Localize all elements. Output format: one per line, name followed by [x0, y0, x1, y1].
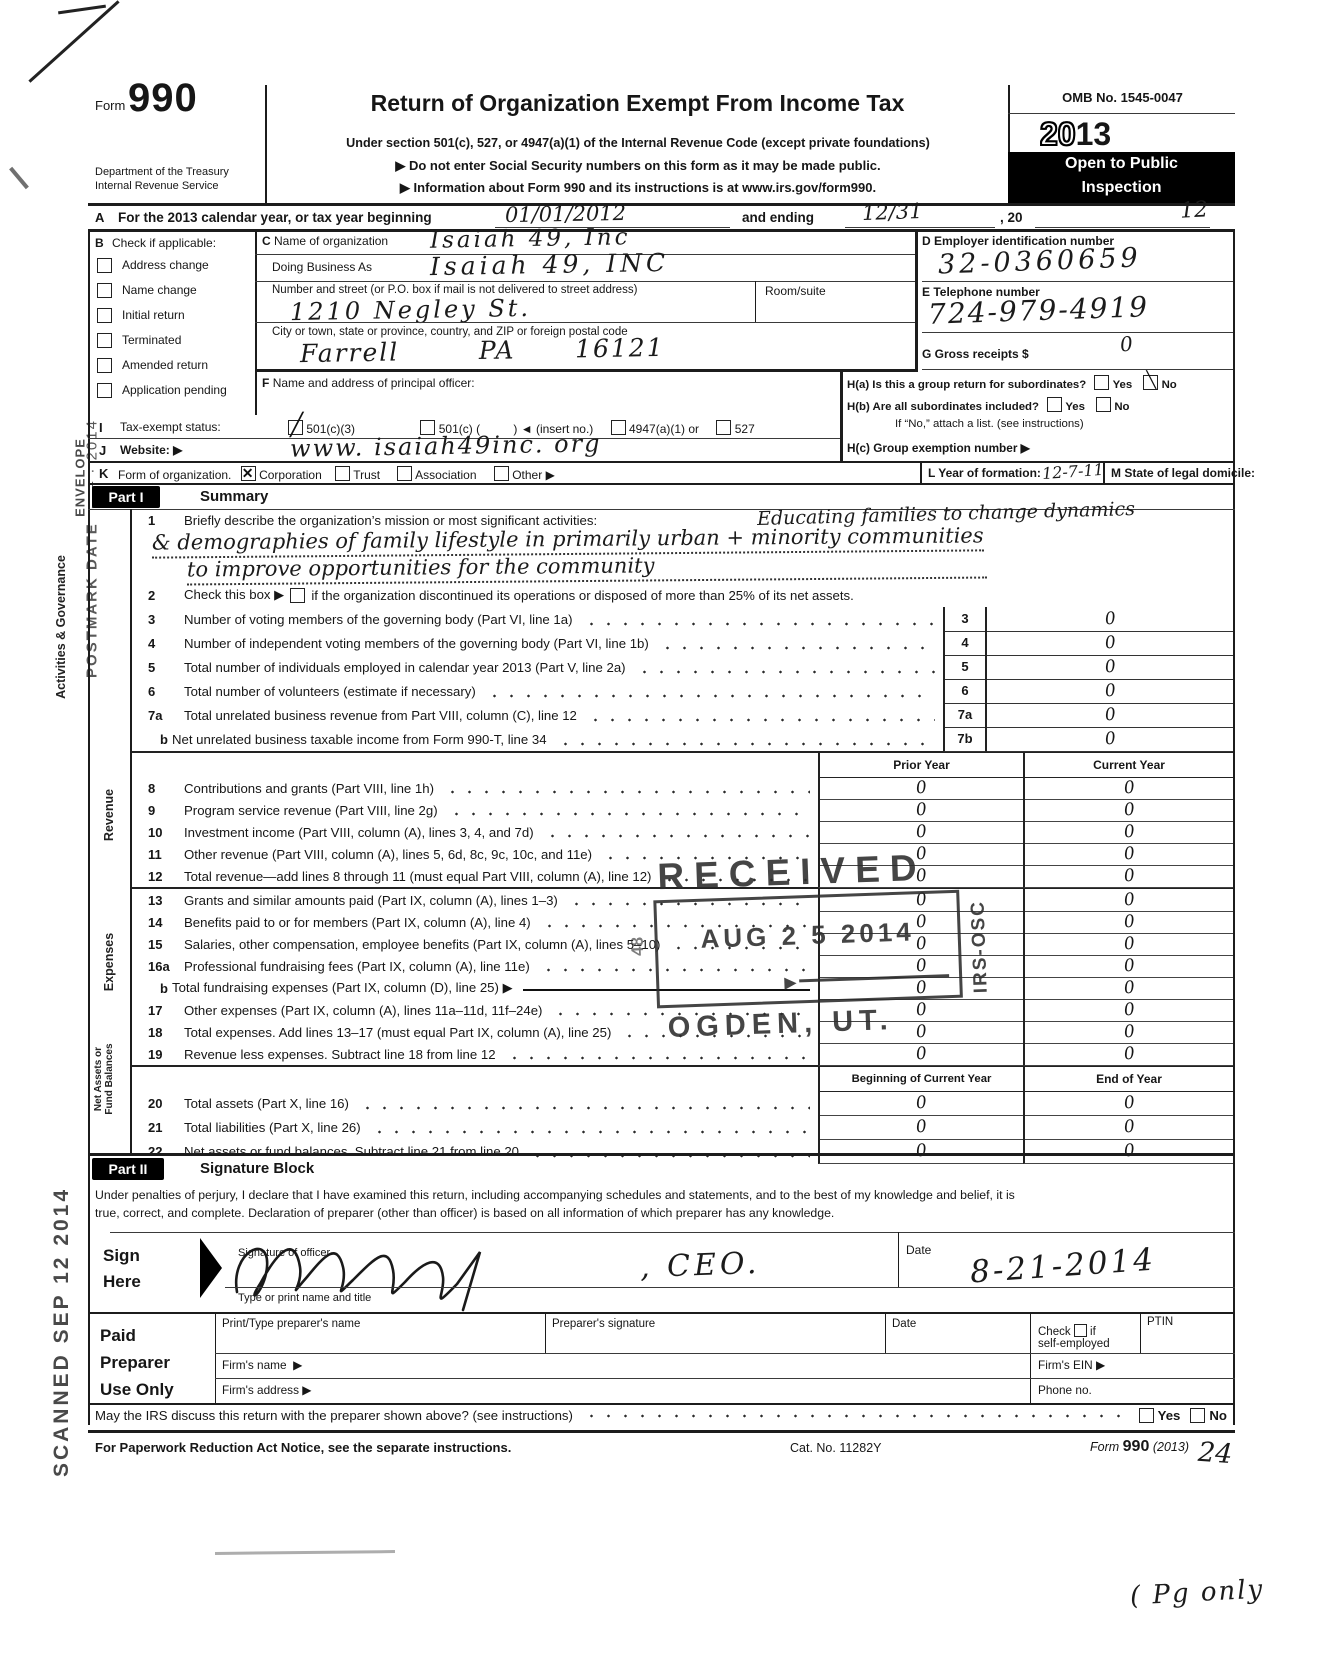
line1-text: Briefly describe the organization’s miss…: [184, 513, 597, 528]
leader-dots: [359, 1106, 810, 1110]
checkbox-icon: [97, 308, 112, 323]
row-number: 12: [132, 869, 184, 884]
row-value-cell: 0: [987, 631, 1233, 656]
row-number: 19: [132, 1047, 184, 1062]
527-label: 527: [735, 422, 755, 436]
if-word: if: [1090, 1326, 1096, 1338]
current-cell: 0: [1023, 799, 1233, 822]
row-number: b: [132, 732, 172, 747]
discontinued-line: 2 Check this box ▶ if the organization d…: [132, 583, 1233, 607]
street-room-divider: [755, 281, 756, 322]
row-number: 21: [132, 1120, 184, 1135]
l-m-divider: [1103, 461, 1105, 483]
received-stamp-arrow: [799, 974, 949, 982]
page-title: Return of Organization Exempt From Incom…: [270, 90, 1005, 117]
row-line-box: 7b: [943, 727, 987, 752]
4947a1-checkbox: [611, 420, 626, 435]
received-stamp-box: AUG 2 5 2014 ▶: [653, 890, 963, 1009]
preparer-row1-rule: [215, 1353, 1235, 1354]
checkbox-icon: [97, 283, 112, 298]
preparer-col4: [1030, 1312, 1031, 1403]
net-row-20: 20 Total assets (Part X, line 16) 0 0: [132, 1091, 1233, 1115]
end-cell: 0: [1023, 1091, 1233, 1116]
part2-tab: Part II: [92, 1158, 164, 1180]
side-label-expenses: Expenses: [102, 897, 116, 1027]
prep-sig-label: Preparer's signature: [552, 1318, 655, 1330]
year-2013: 2013: [1040, 116, 1111, 153]
line-k-letter: K: [99, 466, 108, 481]
line-a-ending-label: and ending: [742, 210, 814, 225]
row-value-cell: 0: [987, 607, 1233, 632]
received-stamp-num: 48: [628, 937, 649, 957]
end-value: 0: [1122, 1092, 1135, 1113]
current-cell: 0: [1023, 821, 1233, 844]
row-label: Program service revenue (Part VIII, line…: [184, 803, 438, 818]
row-label: Total number of volunteers (estimate if …: [184, 684, 476, 699]
current-value: 0: [1122, 865, 1135, 886]
scan-edge-mark: [58, 5, 106, 15]
row-number: 22: [132, 1144, 184, 1159]
beginning-cell: 0: [818, 1091, 1023, 1116]
row-value: 0: [1103, 704, 1116, 725]
part2-title: Signature Block: [200, 1160, 314, 1177]
row-line-box: 3: [943, 607, 987, 632]
row-label: Total number of individuals employed in …: [184, 660, 626, 675]
envelope-stamp: ENVELOPE: [73, 418, 88, 538]
gross-receipts-label: G Gross receipts $: [922, 347, 1029, 361]
leader-dots: [587, 718, 935, 722]
row-label: Grants and similar amounts paid (Part IX…: [184, 893, 558, 908]
row-number: 7a: [132, 708, 184, 723]
row-line-box: 4: [943, 631, 987, 656]
side-label-revenue: Revenue: [102, 755, 116, 875]
preparer-col3: [885, 1312, 886, 1353]
tax-exempt-label: Tax-exempt status:: [120, 420, 221, 434]
scan-edge-mark2: [9, 167, 29, 189]
row-number: 16a: [132, 959, 184, 974]
hb-yes-checkbox: [1047, 397, 1062, 412]
open-to-public-line1: Open to Public: [1008, 152, 1235, 176]
current-cell: 0: [1023, 933, 1233, 956]
label-amended-return: Amended return: [122, 358, 208, 372]
prior-cell: 0: [818, 821, 1023, 844]
mission-line: 1 Briefly describe the organization’s mi…: [132, 509, 1233, 583]
box-d-letter: D: [922, 234, 931, 248]
preparer-word: Preparer: [100, 1349, 174, 1376]
hb-note: If “No,” attach a list. (see instruction…: [895, 418, 1084, 430]
line-a-twenty: , 20: [1000, 210, 1023, 225]
row-value: 0: [1103, 608, 1116, 629]
self-employed-checkbox: [1074, 1324, 1087, 1337]
principal-officer-text: Name and address of principal officer:: [273, 376, 475, 390]
discuss-no-checkbox: [1190, 1408, 1205, 1423]
row-label: Other revenue (Part VIII, column (A), li…: [184, 847, 592, 862]
revenue-row-9: 9 Program service revenue (Part VIII, li…: [132, 799, 1233, 821]
row-line-box: 6: [943, 679, 987, 704]
received-stamp-date: AUG 2 5 2014: [657, 915, 958, 956]
row-line-box: 7a: [943, 703, 987, 728]
summary-row-7a: 7a Total unrelated business revenue from…: [132, 703, 1233, 727]
trust-label: Trust: [353, 468, 380, 482]
leader-dots: [636, 670, 935, 674]
omb-divider: [1008, 113, 1235, 114]
prior-cell: 0: [818, 799, 1023, 822]
checkbox-icon: [97, 358, 112, 373]
row-number: 5: [132, 660, 184, 675]
title-bullet1: ▶ Do not enter Social Security numbers o…: [268, 158, 1008, 174]
sign-block-bottom: [88, 1312, 1235, 1314]
prior-year-header: Prior Year: [818, 753, 1023, 778]
officer-title-hw: , CEO.: [639, 1246, 760, 1285]
row-number: 9: [132, 803, 184, 818]
sign-date-value: 8-21-2014: [969, 1242, 1157, 1291]
row-number: 4: [132, 636, 184, 651]
current-cell: 0: [1023, 1021, 1233, 1044]
row-label: Net unrelated business taxable income fr…: [172, 732, 547, 747]
part2-top-rule: [88, 1153, 1235, 1156]
dept-line2: Internal Revenue Service: [95, 180, 219, 192]
discuss-row: May the IRS discuss this return with the…: [95, 1408, 1235, 1423]
ha-no-label: No: [1162, 379, 1177, 391]
form-number: 990: [128, 76, 198, 121]
dept-line1: Department of the Treasury: [95, 166, 229, 178]
current-cell: 0: [1023, 1043, 1233, 1066]
org-form-row: Form of organization. Corporation Trust …: [118, 466, 555, 482]
c-rule3: [255, 322, 915, 323]
row-value-cell: 0: [987, 655, 1233, 680]
year-13: 13: [1076, 116, 1112, 152]
current-value: 0: [1122, 799, 1135, 820]
scanned-stamp: SCANNED SEP 12 2014: [50, 1152, 74, 1512]
c-rule4: [255, 369, 918, 372]
prior-value: 0: [915, 1043, 928, 1064]
sign-arrow-icon: [200, 1238, 222, 1298]
current-value: 0: [1122, 977, 1135, 998]
form-word-footer: Form: [1090, 1440, 1119, 1454]
summary-row-4: 4 Number of independent voting members o…: [132, 631, 1233, 655]
perjury-text-2: true, correct, and complete. Declaration…: [95, 1206, 1230, 1220]
beginning-value: 0: [915, 1140, 928, 1161]
city-value: Farrell PA 16121: [300, 333, 665, 368]
checkbox-address-change: [97, 258, 112, 276]
revenue-row-10: 10 Investment income (Part VIII, column …: [132, 821, 1233, 843]
discuss-yes-checkbox: [1139, 1408, 1154, 1423]
row-label: Total assets (Part X, line 16): [184, 1096, 349, 1111]
end-value: 0: [1122, 1140, 1135, 1161]
beginning-cell: 0: [818, 1115, 1023, 1140]
beginning-value: 0: [915, 1092, 928, 1113]
label-address-change: Address change: [122, 258, 209, 272]
part1-title: Summary: [200, 488, 268, 505]
end-year-header: End of Year: [1023, 1067, 1233, 1092]
current-value: 0: [1122, 933, 1135, 954]
row-value-cell: 0: [987, 679, 1233, 704]
hb-no-label: No: [1114, 401, 1129, 413]
legal-domicile-label: M State of legal domicile:: [1111, 466, 1255, 480]
open-to-public-line2: Inspection: [1008, 176, 1235, 200]
firm-name-label: Firm's name ▶: [222, 1358, 302, 1372]
row-value: 0: [1103, 728, 1116, 749]
omb-number: OMB No. 1545-0047: [1010, 90, 1235, 105]
footer-double-rule-1: [88, 1430, 1235, 1433]
paid-preparer-label: Paid Preparer Use Only: [100, 1322, 174, 1403]
row-label: Net assets or fund balances. Subtract li…: [184, 1144, 519, 1159]
leader-dots: [557, 742, 935, 746]
hb-text: H(b) Are all subordinates included?: [847, 401, 1039, 413]
box-b-letter: B: [95, 236, 104, 250]
beginning-cell: 0: [818, 1139, 1023, 1164]
leader-dots: [486, 694, 935, 698]
end-cell: 0: [1023, 1115, 1233, 1140]
prior-value: 0: [915, 799, 928, 820]
ha-line: H(a) Is this a group return for subordin…: [847, 375, 1177, 391]
summary-row-3: 3 Number of voting members of the govern…: [132, 607, 1233, 631]
hb-line: H(b) Are all subordinates included? Yes …: [847, 397, 1130, 413]
row-label: Contributions and grants (Part VIII, lin…: [184, 781, 434, 796]
label-initial-return: Initial return: [122, 308, 185, 322]
scanned-form-990-page: POSTMARK DATE · — · 2014 ENVELOPE SCANNE…: [0, 0, 1320, 1657]
signature-of-officer-label: Signature of officer: [238, 1247, 330, 1259]
hb-no-checkbox: [1096, 397, 1111, 412]
street-label: Number and street (or P.O. box if mail i…: [272, 284, 637, 296]
row-number: 3: [132, 612, 184, 627]
checkbox-initial-return: [97, 308, 112, 326]
trust-checkbox: [335, 466, 350, 481]
summary-row-7b: b Net unrelated business taxable income …: [132, 727, 1233, 751]
row-label: Number of independent voting members of …: [184, 636, 649, 651]
line-a-year-value: 12: [1179, 197, 1208, 223]
current-cell: 0: [1023, 977, 1233, 1000]
current-cell: 0: [1023, 889, 1233, 912]
checkbox-name-change: [97, 283, 112, 301]
principal-officer-label: F Name and address of principal officer:: [262, 376, 475, 390]
4947a1-label: 4947(a)(1) or: [629, 422, 699, 436]
line-i-letter: I: [99, 420, 103, 435]
sign-word: Sign: [103, 1243, 141, 1269]
sig-date-divider: [898, 1232, 899, 1287]
preparer-col5: [1140, 1312, 1141, 1353]
net-row-21: 21 Total liabilities (Part X, line 26) 0…: [132, 1115, 1233, 1139]
year-formation-label: L Year of formation:: [928, 466, 1041, 480]
row-label: Salaries, other compensation, employee b…: [184, 937, 660, 952]
prior-cell: 0: [818, 777, 1023, 800]
current-value: 0: [1122, 1021, 1135, 1042]
checkbox-terminated: [97, 333, 112, 351]
leader-dots: [583, 1414, 1131, 1418]
line1-number: 1: [148, 513, 155, 528]
summary-row-5: 5 Total number of individuals employed i…: [132, 655, 1233, 679]
bottom-note-hw: ( Pg only: [1129, 1575, 1265, 1612]
end-value: 0: [1122, 1116, 1135, 1137]
paperwork-notice: For Paperwork Reduction Act Notice, see …: [95, 1440, 511, 1455]
part1-tab: Part I: [92, 486, 160, 508]
ha-text: H(a) Is this a group return for subordin…: [847, 379, 1086, 391]
form-num-footer: 990: [1123, 1438, 1150, 1455]
ha-yes-label: Yes: [1113, 379, 1133, 391]
current-cell: 0: [1023, 911, 1233, 934]
end-cell: 0: [1023, 1139, 1233, 1164]
row-label: Benefits paid to or for members (Part IX…: [184, 915, 531, 930]
title-subtitle: Under section 501(c), 527, or 4947(a)(1)…: [268, 136, 1008, 150]
checkbox-amended-return: [97, 358, 112, 376]
website-value: www. isaiah49inc. org: [290, 429, 602, 462]
received-stamp: RECEIVED AUG 2 5 2014 ▶ IRS-OSC 48 OGDEN…: [597, 846, 964, 1047]
line-a-begin-value: 01/01/2012: [505, 201, 626, 227]
line2-pre-text: Check this box ▶: [184, 587, 284, 603]
other-checkbox: [494, 466, 509, 481]
beginning-value: 0: [915, 1116, 928, 1137]
current-value: 0: [1122, 777, 1135, 798]
box-c-letter: C: [262, 234, 271, 248]
row-label: Total unrelated business revenue from Pa…: [184, 708, 577, 723]
current-year-header: Current Year: [1023, 753, 1233, 778]
gross-receipts-value: 0: [1119, 331, 1134, 356]
hc-line: H(c) Group exemption number ▶: [847, 441, 1030, 455]
paid-word: Paid: [100, 1322, 174, 1349]
page-left-border: [88, 229, 90, 1425]
side-label-net-assets-1: Net Assets or: [93, 1029, 104, 1129]
row-line-box: 5: [943, 655, 987, 680]
org-name-label: C Name of organization: [262, 234, 388, 248]
page-right-border: [1233, 229, 1235, 1425]
line-a-rule: [88, 229, 1235, 232]
firm-address-label: Firm's address ▶: [222, 1383, 311, 1397]
checkbox-icon: [97, 383, 112, 398]
hb-yes-label: Yes: [1065, 401, 1085, 413]
discontinued-checkbox: [290, 588, 305, 603]
corporation-checkbox: [241, 466, 256, 481]
discuss-yes-label: Yes: [1158, 1408, 1181, 1423]
ein-value: 32-0360659: [938, 242, 1143, 280]
current-cell: 0: [1023, 999, 1233, 1022]
leader-dots: [583, 622, 936, 626]
prior-cell: 0: [818, 1043, 1023, 1066]
prep-date-label: Date: [892, 1318, 916, 1330]
row-number: 14: [132, 915, 184, 930]
expense-row-19: 19 Revenue less expenses. Subtract line …: [132, 1043, 1233, 1065]
d-rule1: [922, 281, 1233, 282]
c-rule2: [255, 281, 915, 282]
mission-hw-3: to improve opportunities for the communi…: [187, 551, 987, 586]
label-terminated: Terminated: [122, 333, 181, 347]
org-name-label-text: Name of organization: [274, 234, 388, 248]
d-rule2: [922, 332, 1233, 333]
preparer-row2-rule: [215, 1378, 1235, 1379]
arrow-icon: ▶: [293, 1358, 302, 1372]
ptin-label: PTIN: [1147, 1316, 1173, 1328]
title-bullet2: ▶ Information about Form 990 and its ins…: [268, 180, 1008, 196]
balance-columns-header: Beginning of Current Year End of Year: [132, 1065, 1233, 1091]
line-a-ending-value: 12/31: [862, 199, 923, 225]
leader-dots: [544, 834, 810, 838]
leader-dots: [444, 790, 810, 794]
org-form-label: Form of organization.: [118, 468, 231, 482]
current-value: 0: [1122, 821, 1135, 842]
other-label: Other ▶: [512, 468, 555, 482]
summary-row-6: 6 Total number of volunteers (estimate i…: [132, 679, 1233, 703]
current-cell: 0: [1023, 865, 1233, 888]
row-label: Total expenses. Add lines 13–17 (must eq…: [184, 1025, 611, 1040]
use-only-word: Use Only: [100, 1376, 174, 1403]
arrow-icon: ▶: [784, 972, 797, 992]
current-value: 0: [1122, 955, 1135, 976]
beginning-year-header: Beginning of Current Year: [818, 1067, 1023, 1092]
row-number: 10: [132, 825, 184, 840]
year-20-outline: 20: [1040, 116, 1076, 152]
d-rule3: [922, 369, 1233, 370]
row-number: 17: [132, 1003, 184, 1018]
leader-dots: [371, 1130, 810, 1134]
row-value: 0: [1103, 632, 1116, 653]
side-label-net-assets: Net Assets or Fund Balances: [93, 1029, 115, 1129]
row-label: Professional fundraising fees (Part IX, …: [184, 959, 530, 974]
current-value: 0: [1122, 843, 1135, 864]
spacer: [194, 768, 810, 772]
row-number: 8: [132, 781, 184, 796]
row-value-cell: 0: [987, 703, 1233, 728]
revenue-row-8: 8 Contributions and grants (Part VIII, l…: [132, 777, 1233, 799]
c-d-divider: [915, 229, 918, 370]
preparer-col2: [545, 1312, 546, 1353]
prior-value: 0: [915, 777, 928, 798]
sign-date-label: Date: [906, 1243, 931, 1257]
association-label: Association: [415, 468, 476, 482]
row-value: 0: [1103, 680, 1116, 701]
row-number: b: [132, 981, 172, 996]
preparer-bottom-rule: [88, 1403, 1235, 1405]
self-employed-cell: Check if self-employed: [1038, 1324, 1133, 1350]
line-a-letter: A: [95, 210, 104, 225]
received-stamp-irs: IRS-OSC: [968, 900, 993, 994]
current-value: 0: [1122, 889, 1135, 910]
side-label-governance: Activities & Governance: [54, 507, 68, 747]
form-year-footer: (2013): [1153, 1440, 1189, 1454]
website-label: Website: ▶: [120, 443, 182, 457]
line-a-underline2: [845, 227, 995, 228]
perjury-text-1: Under penalties of perjury, I declare th…: [95, 1188, 1230, 1202]
current-value: 0: [1122, 999, 1135, 1020]
discuss-text: May the IRS discuss this return with the…: [95, 1408, 573, 1423]
prior-value: 0: [915, 821, 928, 842]
firm-ein-label: Firm's EIN ▶: [1038, 1358, 1105, 1372]
row-label: Total fundraising expenses (Part IX, col…: [172, 980, 513, 996]
header-rule: [88, 203, 1235, 206]
discuss-no-label: No: [1209, 1408, 1227, 1423]
dba-value: Isaiah 49, INC: [430, 248, 670, 281]
room-suite-label: Room/suite: [765, 284, 826, 298]
row-label: Revenue less expenses. Subtract line 18 …: [184, 1047, 496, 1062]
k-rule: [88, 483, 1235, 485]
phone-no-label: Phone no.: [1038, 1383, 1092, 1397]
label-application-pending: Application pending: [122, 383, 227, 397]
leader-dots: [448, 812, 810, 816]
ha-yes-checkbox: [1094, 375, 1109, 390]
signature-rule: [225, 1287, 1235, 1288]
check-word: Check: [1038, 1326, 1071, 1338]
year-columns-header: Prior Year Current Year: [132, 751, 1233, 777]
row-number: 18: [132, 1025, 184, 1040]
current-value: 0: [1122, 911, 1135, 932]
scan-corner-mark: [28, 0, 119, 83]
current-cell: 0: [1023, 955, 1233, 978]
form-990-2013: Form 990 (2013): [1090, 1438, 1189, 1456]
leader-dots: [659, 646, 935, 650]
current-value: 0: [1122, 1043, 1135, 1064]
row-number: 13: [132, 893, 184, 908]
self-employed-word: self-employed: [1038, 1338, 1133, 1350]
row-label: Investment income (Part VIII, column (A)…: [184, 825, 534, 840]
line-a-text: For the 2013 calendar year, or tax year …: [118, 210, 432, 225]
